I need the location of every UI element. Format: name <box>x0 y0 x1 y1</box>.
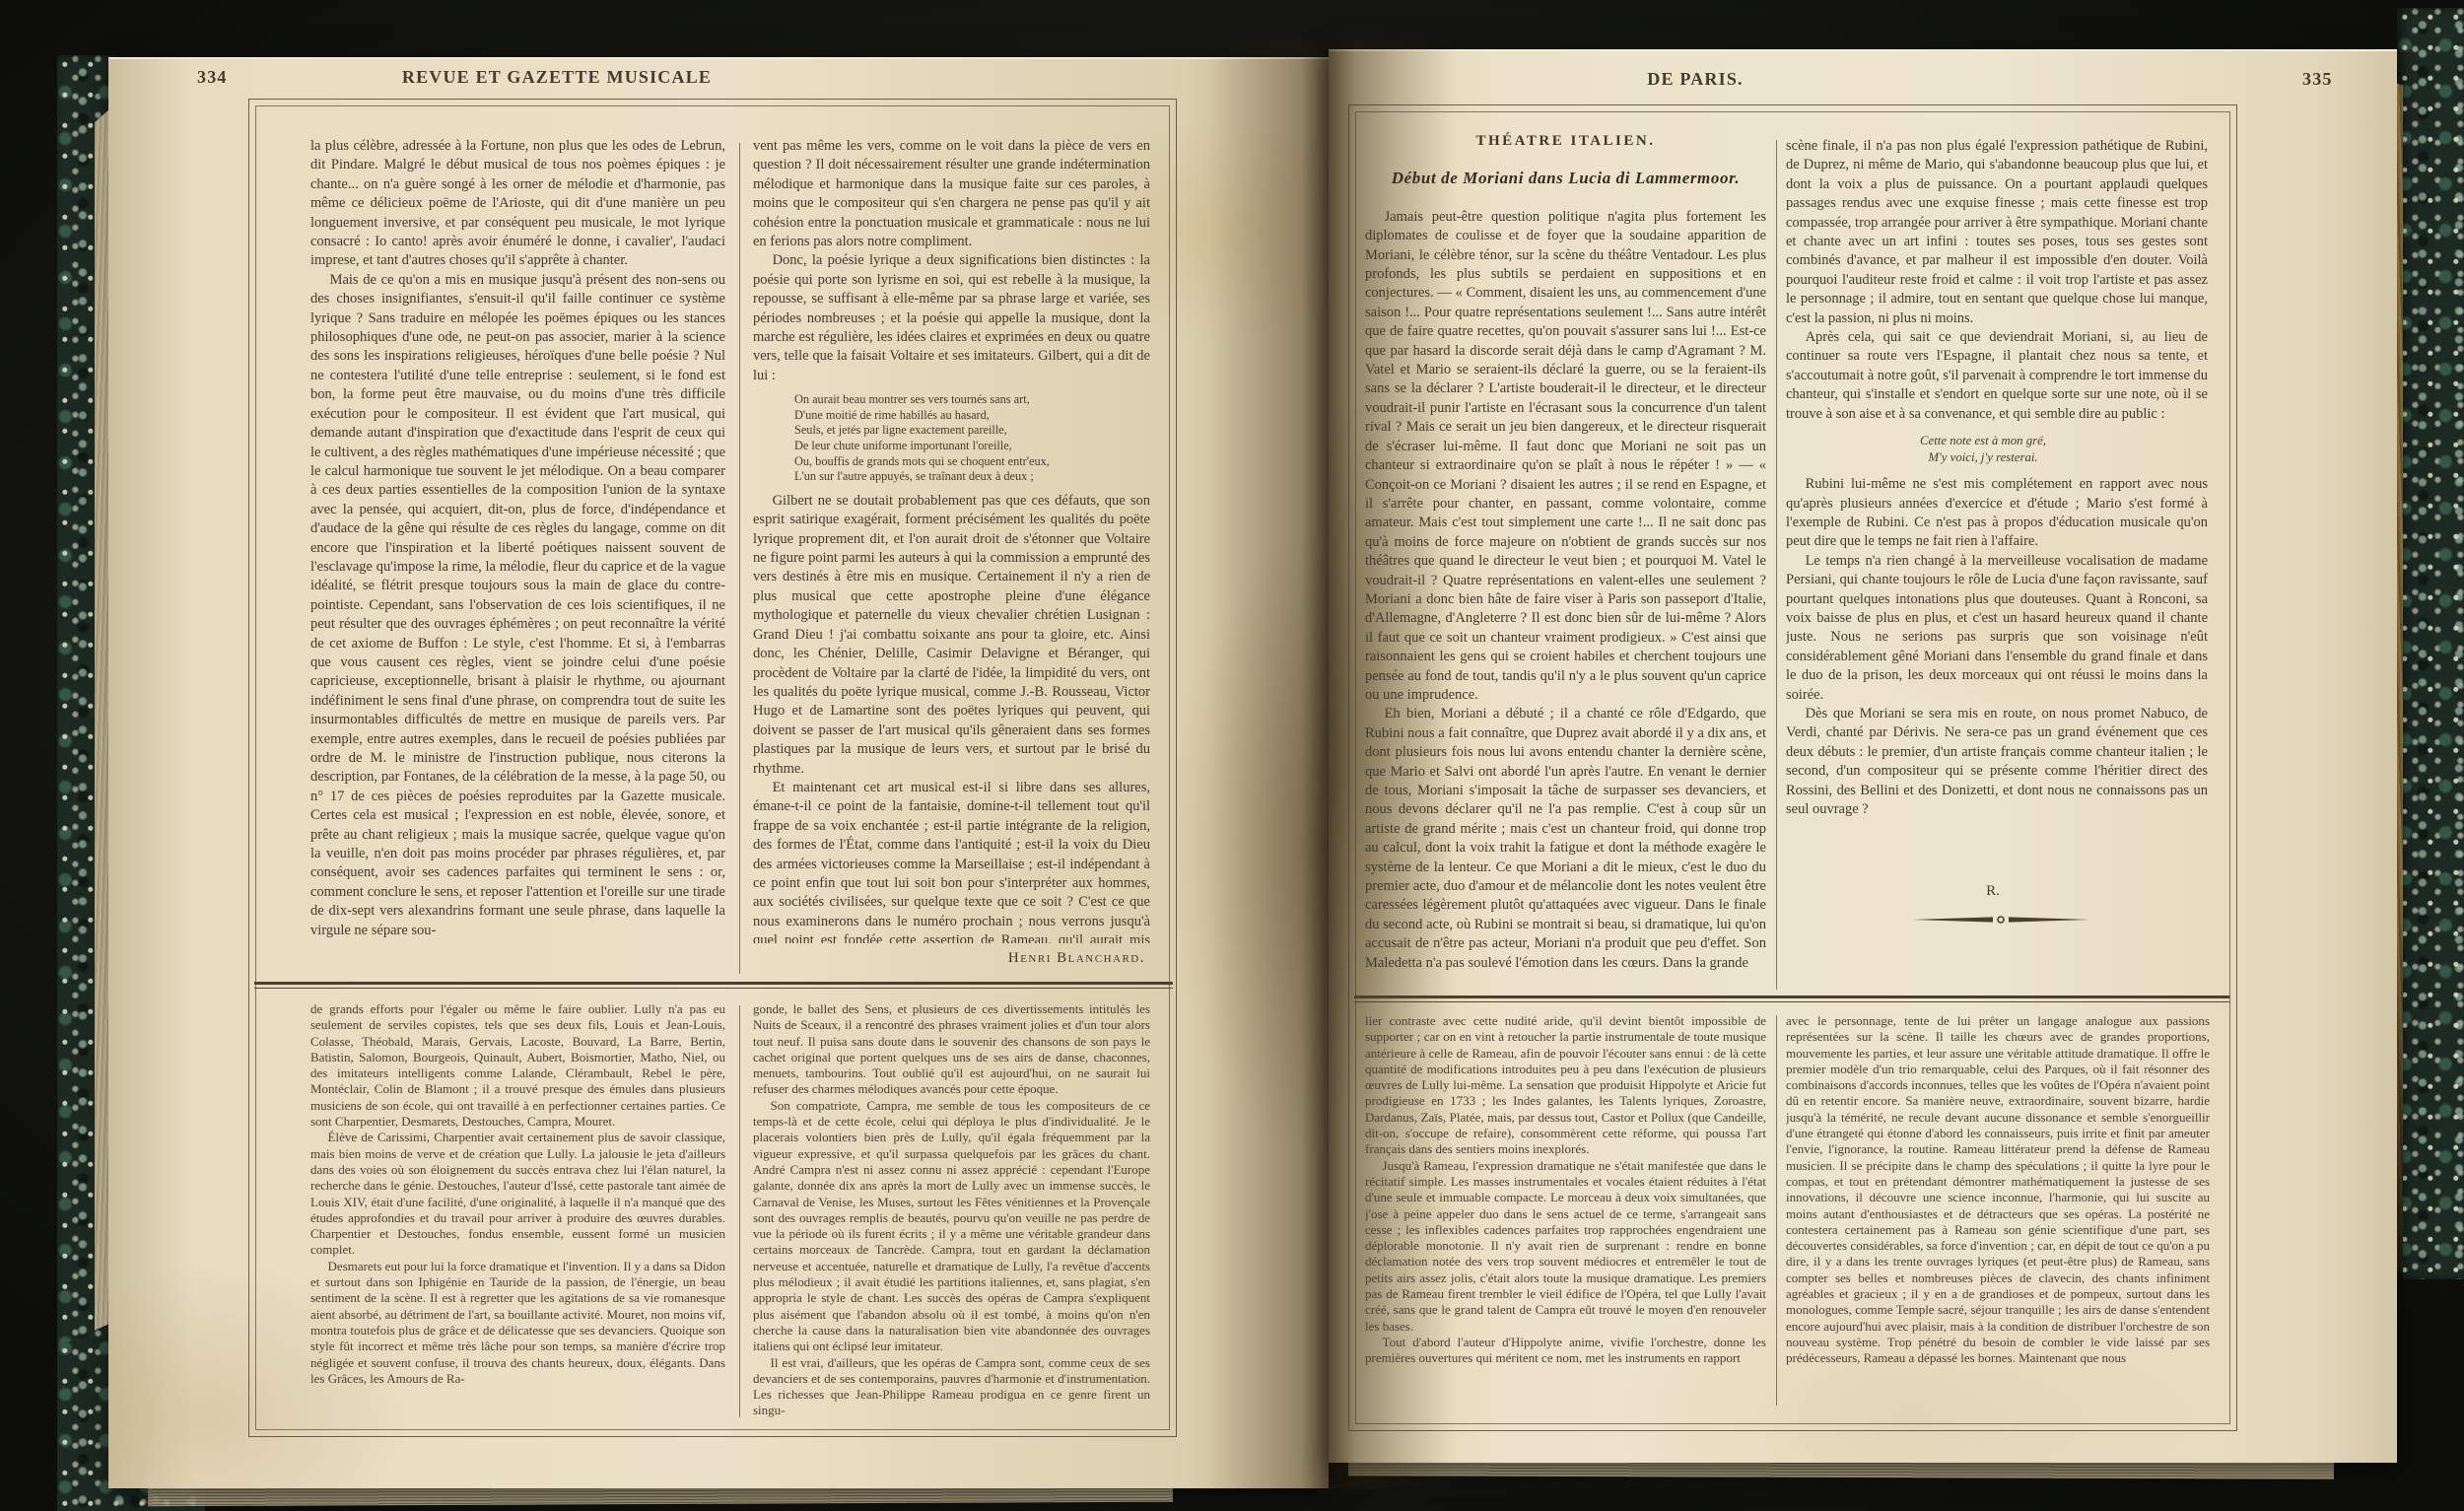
paragraph: de grands efforts pour l'égaler ou même … <box>310 1001 725 1130</box>
paragraph: Le temps n'a rien changé à la merveilleu… <box>1786 552 2208 705</box>
paragraph: Dès que Moriani se sera mis en route, on… <box>1786 705 2208 819</box>
left-col2-after-poem: Gilbert ne se doutait probablement pas q… <box>753 492 1150 943</box>
paragraph: Et maintenant cet art musical est-il si … <box>753 779 1150 943</box>
section-separator-left <box>254 982 1173 989</box>
paragraph: Après cela, qui sait ce que deviendrait … <box>1786 328 2208 424</box>
paragraph: Son compatriote, Campra, me semble de to… <box>753 1098 1150 1355</box>
column-rule-left-feuilleton <box>739 1005 740 1417</box>
left-main-column-2: vent pas même les vers, comme on le voit… <box>753 137 1150 943</box>
column-rule-right-main <box>1776 140 1777 990</box>
right-main-column-1: THÉATRE ITALIEN. Début de Moriani dans L… <box>1365 132 1766 988</box>
paragraph: Mais de ce qu'on a mis en musique jusqu'… <box>310 271 725 940</box>
paragraph: gonde, le ballet des Sens, et plusieurs … <box>753 1001 1150 1098</box>
paragraph: la plus célèbre, adressée à la Fortune, … <box>310 137 725 271</box>
paragraph: Donc, la poésie lyrique a deux significa… <box>753 251 1150 385</box>
swelled-rule-ornament <box>1912 913 2089 930</box>
paragraph: vent pas même les vers, comme on le voit… <box>753 137 1150 251</box>
column-rule-left-main <box>739 143 740 974</box>
running-title-right: DE PARIS. <box>1577 69 1814 90</box>
page-number-right: 335 <box>2302 69 2333 90</box>
right-main-column-2: scène finale, il n'a pas non plus égalé … <box>1786 137 2208 876</box>
paragraph: avec le personnage, tente de lui prêter … <box>1786 1013 2210 1367</box>
paragraph: Gilbert ne se doutait probablement pas q… <box>753 492 1150 779</box>
paragraph: Rubini lui-même ne s'est mis complétemen… <box>1786 475 2208 552</box>
paragraph: Desmarets eut pour lui la force dramatiq… <box>310 1259 725 1387</box>
left-main-column-1: la plus célèbre, adressée à la Fortune, … <box>310 137 725 975</box>
right-col2-before-quote: scène finale, il n'a pas non plus égalé … <box>1786 137 2208 424</box>
verse-quotation: On aurait beau montrer ses vers tournés … <box>794 392 1150 485</box>
right-feuilleton-column-2: avec le personnage, tente de lui prêter … <box>1786 1013 2210 1408</box>
page-number-left: 334 <box>197 67 228 88</box>
couplet-quotation: Cette note est à mon gré, M'y voici, j'y… <box>1786 433 2180 466</box>
right-col2-after-quote: Rubini lui-même ne s'est mis complétemen… <box>1786 475 2208 819</box>
paragraph: Eh bien, Moriani a débuté ; il a chanté … <box>1365 705 1766 973</box>
book-scan: 334 REVUE ET GAZETTE MUSICALE DE PARIS. … <box>0 0 2464 1511</box>
paragraph: Jusqu'à Rameau, l'expression dramatique … <box>1365 1158 1766 1335</box>
left-feuilleton-column-2: gonde, le ballet des Sens, et plusieurs … <box>753 1001 1150 1423</box>
column-rule-right-feuilleton <box>1776 1015 1777 1406</box>
section-separator-right <box>1354 996 2229 1002</box>
paragraph: Élève de Carissimi, Charpentier avait ce… <box>310 1130 725 1258</box>
article-signature-r: R. <box>1786 883 2200 900</box>
running-title-left: REVUE ET GAZETTE MUSICALE <box>375 67 739 88</box>
paragraph: lier contraste avec cette nudité aride, … <box>1365 1013 1766 1158</box>
right-feuilleton-column-1: lier contraste avec cette nudité aride, … <box>1365 1013 1766 1408</box>
article-signature-blanchard: Henri Blanchard. <box>753 950 1145 967</box>
article-title: Début de Moriani dans Lucia di Lammermoo… <box>1365 169 1766 187</box>
left-col2-before-poem: vent pas même les vers, comme on le voit… <box>753 137 1150 385</box>
paragraph: Tout d'abord l'auteur d'Hippolyte anime,… <box>1365 1335 1766 1367</box>
paragraph: Il est vrai, d'ailleurs, que les opéras … <box>753 1355 1150 1419</box>
marbled-cover-right <box>2397 8 2464 1279</box>
right-col1-paragraphs: Jamais peut-être question politique n'ag… <box>1365 208 1766 973</box>
article-rubric: THÉATRE ITALIEN. <box>1365 132 1766 151</box>
paragraph: Jamais peut-être question politique n'ag… <box>1365 208 1766 706</box>
left-feuilleton-column-1: de grands efforts pour l'égaler ou même … <box>310 1001 725 1423</box>
paragraph: scène finale, il n'a pas non plus égalé … <box>1786 137 2208 328</box>
